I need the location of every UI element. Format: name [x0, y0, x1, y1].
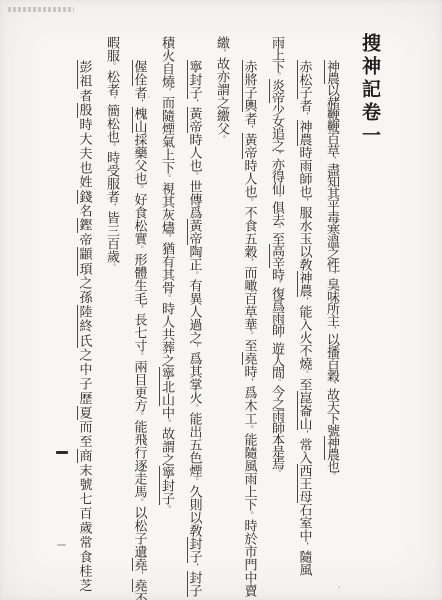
- page-title: 搜神記卷一: [357, 33, 381, 153]
- text-column: 雨上下。炎帝少女追之，亦得仙，俱去。至高辛時，復爲雨師，遊人間。今之雨師本是焉。: [264, 36, 292, 600]
- spine-volume-marker: [56, 451, 68, 454]
- text-column: 寧封子，黃帝時人也。世傳爲黃帝陶正。有異人過之，爲其掌火。能出五色煙。久則以敎封…: [181, 36, 209, 600]
- book-page: 搜神記卷一 神農以赭鞭鞭百草，盡知其平毒寒溫之性，臭味所主，以播百穀，故天下號神…: [0, 0, 442, 600]
- paper-speck: [148, 96, 150, 98]
- text-column: 偓佺者，槐山採藥父也。好食松實。形體生毛，長七寸。兩目更方。能飛行逐走馬。以松子…: [126, 36, 154, 600]
- text-column: 暇服。松者，簡松也。時受服者，皆三百歲。: [99, 36, 127, 600]
- text-column: 赤松子者，神農時雨師也，服水玉以敎神農，能入火不燒。至崑崙山，常入西王母石室中，…: [291, 36, 319, 600]
- paper-speck: [338, 586, 340, 588]
- text-column: 繳，故亦謂之繳父。: [209, 36, 237, 600]
- spine-page-number: [57, 544, 66, 546]
- watermark-smudge: [8, 7, 74, 12]
- text-column: 赤將子輿者，黃帝時人也。不食五穀，而噉百草華。至堯時，爲木工。能隨風雨上下。時於…: [236, 36, 264, 600]
- text-columns: 神農以赭鞭鞭百草，盡知其平毒寒溫之性，臭味所主，以播百穀，故天下號神農也。赤松子…: [64, 36, 346, 600]
- text-column: 彭祖者殷時大夫也姓錢名鏗帝顓頊之孫陸終氏之中子歷夏而至商末號七百歲常食桂芝: [71, 36, 99, 600]
- text-column: 神農以赭鞭鞭百草，盡知其平毒寒溫之性，臭味所主，以播百穀，故天下號神農也。: [319, 36, 347, 600]
- text-column: 積火自燒，而隨煙氣上下。視其灰燼，猶有其骨。時人共葬之寧北山中。故謂之寧封子。: [154, 36, 182, 600]
